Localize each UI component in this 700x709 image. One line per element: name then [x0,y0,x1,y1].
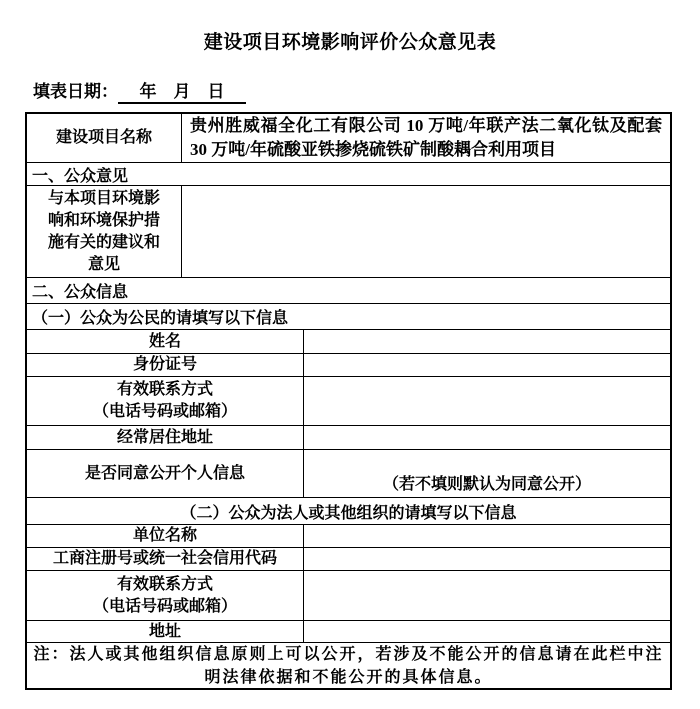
opinion-form-table: 建设项目名称 贵州胜威福全化工有限公司 10 万吨/年联产法二氧化钛及配套 30… [25,112,672,690]
citizen-id-label: 身份证号 [27,354,304,376]
suggestion-input-cell[interactable] [182,186,670,277]
org-name-label: 单位名称 [27,525,304,547]
citizen-contact-label: 有效联系方式 （电话号码或邮箱） [27,377,304,425]
row-note: 注：法人或其他组织信息原则上可以公开，若涉及不能公开的信息请在此栏中注明法律依据… [27,642,670,688]
citizen-subtitle: （一）公众为公民的请填写以下信息 [27,304,670,329]
row-citizen-residence: 经常居住地址 [27,425,670,449]
org-contact-input-cell[interactable] [304,571,670,620]
row-citizen-subtitle: （一）公众为公民的请填写以下信息 [27,303,670,329]
org-address-input-cell[interactable] [304,621,670,642]
org-reg-input-cell[interactable] [304,548,670,570]
section-info-title: 二、公众信息 [27,278,670,303]
project-name-value: 贵州胜威福全化工有限公司 10 万吨/年联产法二氧化钛及配套 30 万吨/年硫酸… [182,114,670,162]
suggestion-label: 与本项目环境影响和环境保护措施有关的建议和意见 [27,186,182,277]
citizen-contact-input-cell[interactable] [304,377,670,425]
citizen-name-input-cell[interactable] [304,330,670,353]
project-name-label: 建设项目名称 [27,114,182,162]
row-section-info: 二、公众信息 [27,277,670,303]
row-section-opinion: 一、公众意见 [27,162,670,185]
citizen-consent-hint: （若不填则默认为同意公开） [383,474,591,495]
citizen-consent-label: 是否同意公开个人信息 [27,450,304,497]
row-org-reg: 工商注册号或统一社会信用代码 [27,547,670,570]
row-org-name: 单位名称 [27,524,670,547]
org-contact-label: 有效联系方式 （电话号码或邮箱） [27,571,304,620]
row-suggestion: 与本项目环境影响和环境保护措施有关的建议和意见 [27,185,670,277]
row-citizen-name: 姓名 [27,329,670,353]
citizen-residence-input-cell[interactable] [304,426,670,449]
fill-date-blank[interactable]: 年 月 日 [118,77,246,104]
row-org-subtitle: （二）公众为法人或其他组织的请填写以下信息 [27,497,670,524]
org-subtitle: （二）公众为法人或其他组织的请填写以下信息 [27,498,670,524]
section-opinion-title: 一、公众意见 [27,163,670,185]
org-contact-label-line2: （电话号码或邮箱） [93,596,237,618]
row-citizen-consent: 是否同意公开个人信息 （若不填则默认为同意公开） [27,449,670,497]
org-reg-label: 工商注册号或统一社会信用代码 [27,548,304,570]
citizen-consent-input-cell[interactable]: （若不填则默认为同意公开） [304,450,670,497]
org-contact-label-line1: 有效联系方式 [117,574,213,596]
row-org-contact: 有效联系方式 （电话号码或邮箱） [27,570,670,620]
row-org-address: 地址 [27,620,670,642]
row-citizen-id: 身份证号 [27,353,670,376]
note-text: 注：法人或其他组织信息原则上可以公开，若涉及不能公开的信息请在此栏中注明法律依据… [27,643,670,688]
citizen-id-input-cell[interactable] [304,354,670,376]
document-page: 建设项目环境影响评价公众意见表 填表日期： 年 月 日 建设项目名称 贵州胜威福… [0,27,700,690]
org-address-label: 地址 [27,621,304,642]
fill-date-line: 填表日期： 年 月 日 [33,77,700,104]
org-name-input-cell[interactable] [304,525,670,547]
suggestion-label-text: 与本项目环境影响和环境保护措施有关的建议和意见 [46,188,162,276]
fill-date-label: 填表日期： [33,82,118,101]
citizen-residence-label: 经常居住地址 [27,426,304,449]
row-project-name: 建设项目名称 贵州胜威福全化工有限公司 10 万吨/年联产法二氧化钛及配套 30… [27,114,670,162]
row-citizen-contact: 有效联系方式 （电话号码或邮箱） [27,376,670,425]
citizen-contact-label-line2: （电话号码或邮箱） [93,401,237,423]
citizen-contact-label-line1: 有效联系方式 [117,379,213,401]
form-title: 建设项目环境影响评价公众意见表 [0,27,700,54]
citizen-name-label: 姓名 [27,330,304,353]
